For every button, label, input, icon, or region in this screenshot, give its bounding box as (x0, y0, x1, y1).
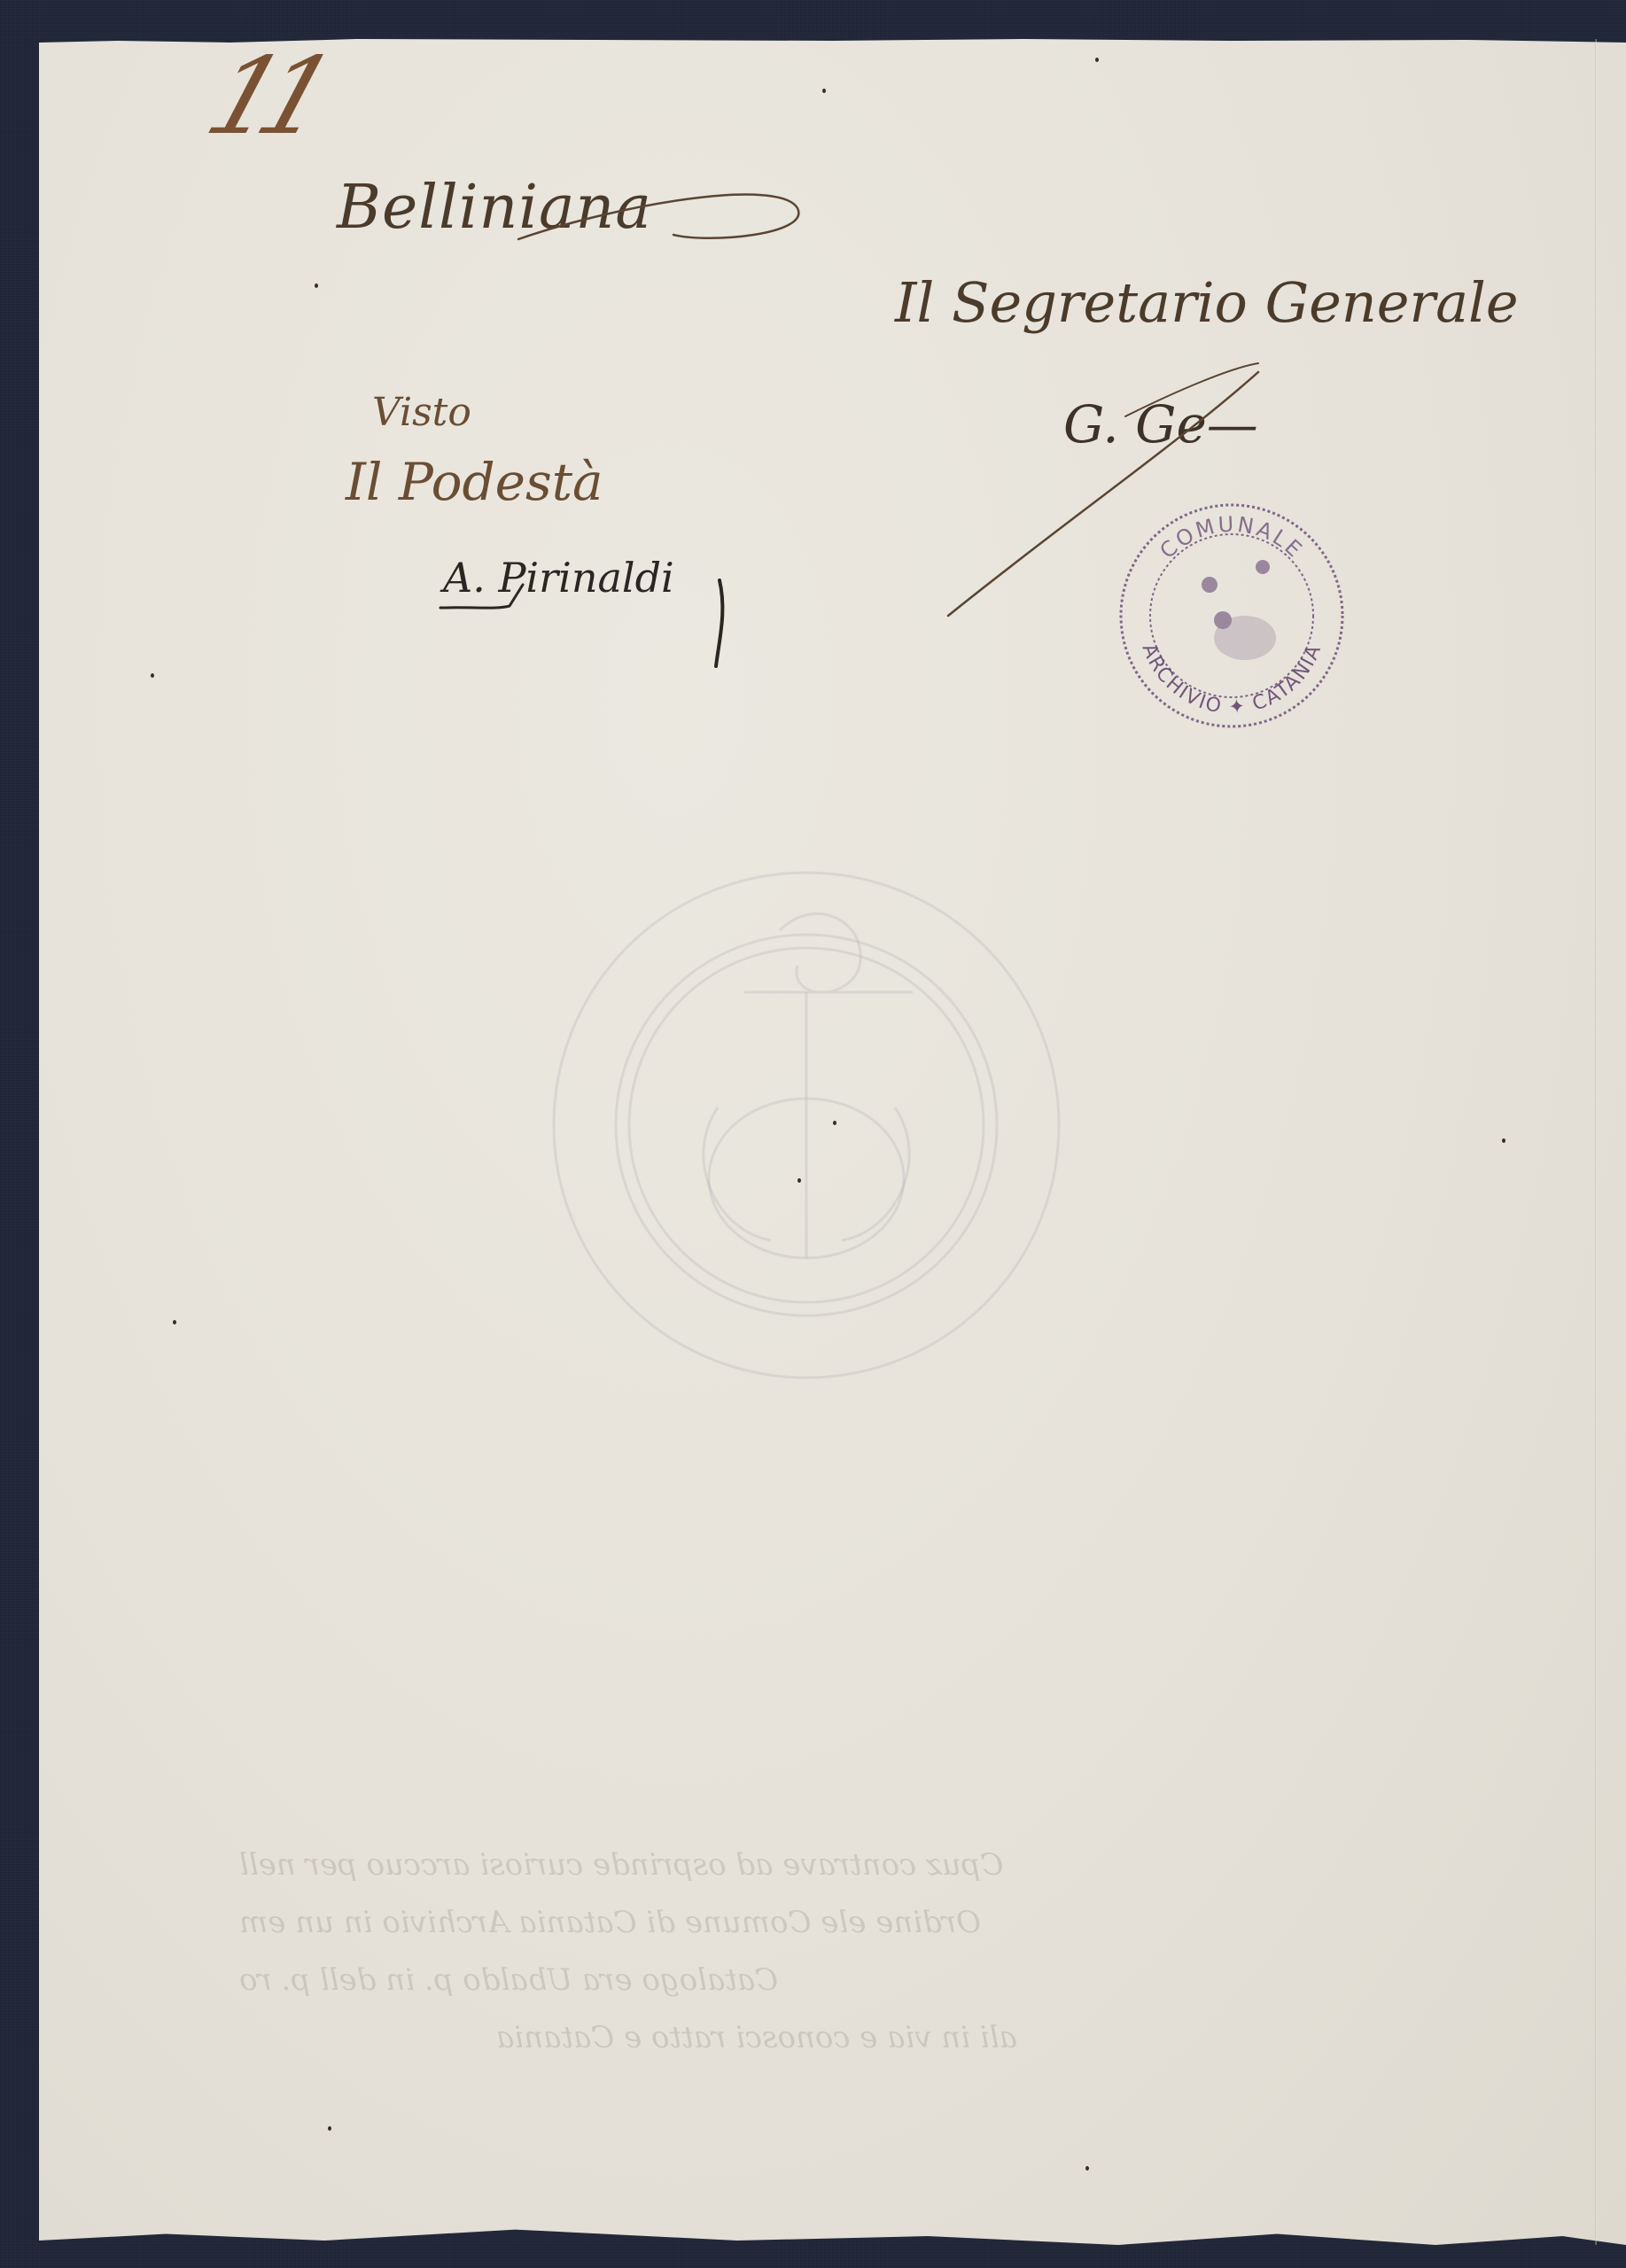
paper-speck (1085, 2166, 1089, 2171)
svg-text:COMUNALE: COMUNALE (1155, 512, 1309, 564)
paper-speck (822, 89, 826, 93)
stamp-top-text: COMUNALE (1155, 512, 1309, 564)
paper-speck (833, 1121, 836, 1125)
paper-speck (797, 1178, 801, 1183)
signature-flourishes-icon (0, 0, 1626, 2268)
paper-speck (151, 673, 154, 678)
paper-speck (1502, 1138, 1505, 1143)
archive-stamp-icon: COMUNALE ARCHIVIO ✦ CATANIA (1112, 496, 1351, 735)
paper-speck (315, 283, 318, 288)
paper-speck (1095, 58, 1099, 62)
paper-speck (173, 1320, 176, 1324)
paper-speck (328, 2126, 331, 2131)
